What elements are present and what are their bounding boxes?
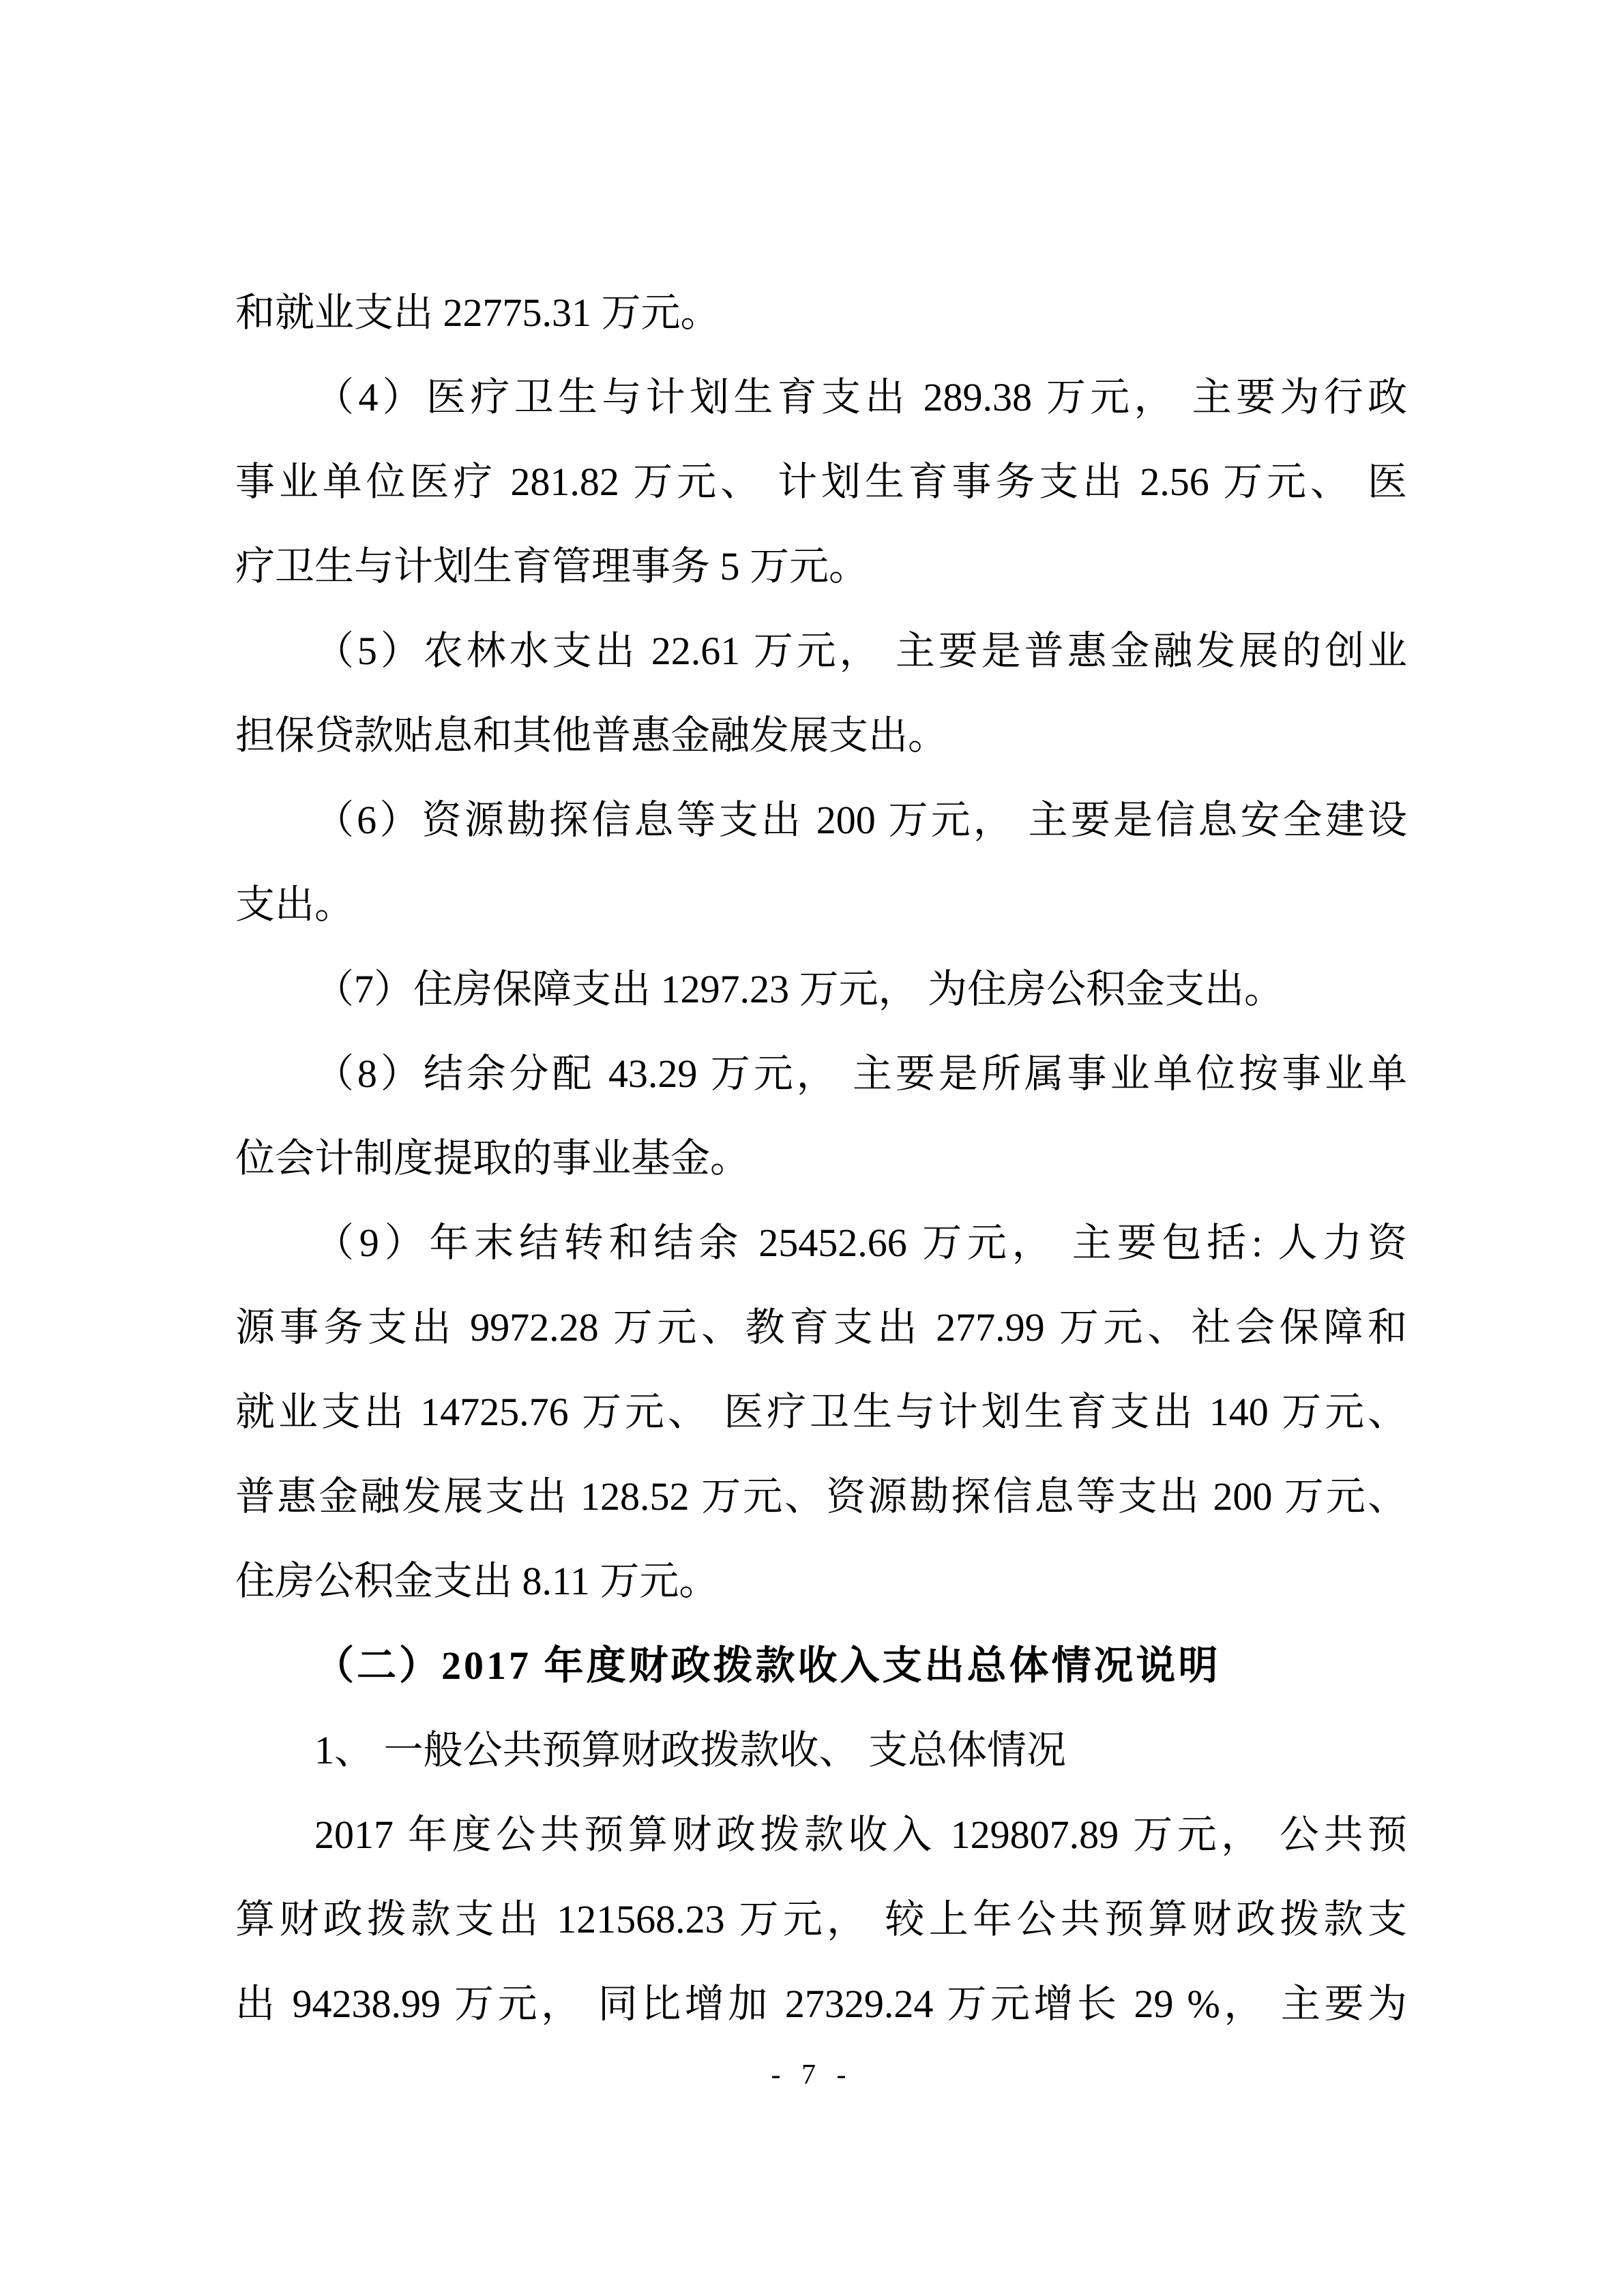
text-line: 出 94238.99 万元， 同比增加 27329.24 万元增长 29 %， … (235, 1962, 1407, 2046)
text-line: 普惠金融发展支出 128.52 万元、资源勘探信息等支出 200 万元、 (235, 1455, 1407, 1539)
document-page: 和就业支出 22775.31 万元。（4）医疗卫生与计划生育支出 289.38 … (0, 0, 1624, 2296)
text-line: 支出。 (235, 863, 1407, 947)
text-line: （6）资源勘探信息等支出 200 万元， 主要是信息安全建设 (235, 778, 1407, 863)
text-line: （9）年末结转和结余 25452.66 万元， 主要包括: 人力资 (235, 1201, 1407, 1285)
text-line: （7）住房保障支出 1297.23 万元， 为住房公积金支出。 (235, 947, 1407, 1032)
text-line: 算财政拨款支出 121568.23 万元， 较上年公共预算财政拨款支 (235, 1877, 1407, 1962)
text-line: 住房公积金支出 8.11 万元。 (235, 1539, 1407, 1624)
text-line: 2017 年度公共预算财政拨款收入 129807.89 万元， 公共预 (235, 1793, 1407, 1877)
text-line: 源事务支出 9972.28 万元、教育支出 277.99 万元、社会保障和 (235, 1285, 1407, 1370)
text-line: 事业单位医疗 281.82 万元、 计划生育事务支出 2.56 万元、 医 (235, 440, 1407, 524)
text-line: 就业支出 14725.76 万元、 医疗卫生与计划生育支出 140 万元、 (235, 1370, 1407, 1455)
text-line: 疗卫生与计划生育管理事务 5 万元。 (235, 524, 1407, 609)
body-text: 和就业支出 22775.31 万元。（4）医疗卫生与计划生育支出 289.38 … (235, 271, 1407, 2046)
text-line: 担保贷款贴息和其他普惠金融发展支出。 (235, 694, 1407, 778)
text-line: 和就业支出 22775.31 万元。 (235, 271, 1407, 355)
text-line: （4）医疗卫生与计划生育支出 289.38 万元， 主要为行政 (235, 355, 1407, 440)
page-number: - 7 - (0, 2054, 1624, 2096)
text-line: 位会计制度提取的事业基金。 (235, 1116, 1407, 1201)
text-line: 1、 一般公共预算财政拨款收、 支总体情况 (235, 1708, 1407, 1793)
section-heading-line: （二）2017 年度财政拨款收入支出总体情况说明 (235, 1624, 1407, 1708)
text-line: （8）结余分配 43.29 万元， 主要是所属事业单位按事业单 (235, 1032, 1407, 1116)
text-line: （5）农林水支出 22.61 万元， 主要是普惠金融发展的创业 (235, 609, 1407, 694)
